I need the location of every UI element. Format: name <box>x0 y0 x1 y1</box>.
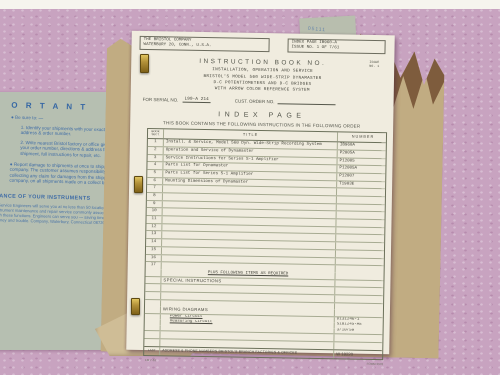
row-number: 15 <box>146 247 162 254</box>
row-number: 12 <box>146 224 162 231</box>
wiring-row-no <box>145 306 161 313</box>
index-page-sheet: THE BRISTOL COMPANY WATERBURY 20, CONN.,… <box>126 31 395 355</box>
last-row-number: W 18220 <box>334 350 382 359</box>
row-doc-number <box>337 212 385 220</box>
row-number: 9 <box>147 201 163 208</box>
row-doc-number <box>337 204 385 212</box>
row-number: 11 <box>146 216 162 223</box>
cust-order-blank <box>277 100 335 106</box>
brass-fastener-bottom <box>131 298 140 315</box>
row-doc-number: P2005A <box>338 150 386 158</box>
row-number: 4 <box>147 162 163 169</box>
row-doc-number: T1903E <box>337 181 385 189</box>
row-doc-number: P12005A <box>337 166 385 174</box>
last-row-title: ADDRESS & PHONE NUMBERS BRISTOL'S BRANCH… <box>160 347 334 358</box>
row-number: 7 <box>147 185 163 192</box>
row-number: 8 <box>147 193 163 200</box>
brass-fastener-top <box>140 54 149 73</box>
footer-print-code: 1M 7-61 <box>145 358 156 362</box>
row-number: 14 <box>146 239 162 246</box>
brass-fastener-middle <box>134 176 143 193</box>
row-doc-number <box>336 258 384 266</box>
issue-note: ISSUE NO. 1 <box>369 60 379 68</box>
company-address: WATERBURY 20, CONN., U.S.A. <box>143 43 265 50</box>
row-doc-number <box>336 227 384 235</box>
paper-tab-marking: 05111 <box>308 26 327 34</box>
row-number: 13 <box>146 231 162 238</box>
row-number: 10 <box>147 208 163 215</box>
serial-line: FOR SERIAL NO. L99-A 214 CUST. ORDER NO. <box>143 96 380 106</box>
issue-note-line2: NO. 1 <box>369 64 379 68</box>
numbered-rows: 1 Install. & Service, Model 560 Dyn. Wid… <box>146 139 386 273</box>
plus-row-no <box>146 269 162 276</box>
wiring-circuit-number: 3/10/59 <box>335 328 383 334</box>
row-number: 5 <box>147 170 163 177</box>
page-header: THE BRISTOL COMPANY WATERBURY 20, CONN.,… <box>139 36 385 55</box>
typed-description: INSTALLATION, OPERATION AND SERVICE BRIS… <box>131 66 394 95</box>
special-row-number <box>335 280 383 288</box>
index-table: BOOK SECT. TITLE NUMBER 1 Install. & Ser… <box>143 128 387 360</box>
photo-of-instruction-book: O R T A N T ● Be sure to: — 1. Identify … <box>0 0 500 375</box>
wiring-row-number <box>335 310 383 318</box>
card-maintenance-text: d Service Engineers will serve you at no… <box>0 202 119 225</box>
card-maintenance-heading: NANCE OF YOUR INSTRUMENTS <box>0 193 121 202</box>
row-doc-number <box>336 219 384 227</box>
col-header-section: BOOK SECT. <box>148 129 164 138</box>
col-header-number: NUMBER <box>338 133 386 143</box>
row-doc-number <box>337 189 385 197</box>
special-row-no <box>145 277 161 284</box>
serial-label: FOR SERIAL NO. <box>143 97 179 103</box>
row-doc-number <box>336 235 384 243</box>
photo-top-border <box>0 0 500 9</box>
plus-row-number <box>336 272 384 280</box>
row-number: 1 <box>148 139 164 146</box>
instruction-book-block: INSTRUCTION BOOK NO. ISSUE NO. 1 INSTALL… <box>131 57 395 95</box>
row-number: 3 <box>148 155 164 162</box>
row-doc-number <box>336 250 384 258</box>
col-header-section-line2: SECT. <box>151 133 159 137</box>
row-doc-number: P12007 <box>337 173 385 181</box>
row-number: 16 <box>146 255 162 262</box>
issue-line: ISSUE NO. 1 OF 7/61 <box>291 46 381 53</box>
row-doc-number <box>336 242 384 250</box>
row-number: 2 <box>148 147 164 154</box>
row-doc-number: IB960A <box>338 143 386 151</box>
company-header-box: THE BRISTOL COMPANY WATERBURY 20, CONN.,… <box>139 36 269 53</box>
serial-value: L99-A 214 <box>182 97 210 103</box>
last-row-no: LAST <box>144 347 160 355</box>
footer-form-number: FORM 3978 <box>367 361 383 365</box>
row-doc-number <box>337 196 385 204</box>
index-header-box: INDEX PAGE IB960-A ISSUE NO. 1 OF 7/61 <box>287 38 385 54</box>
row-number: 6 <box>147 178 163 185</box>
row-doc-number: P12005 <box>337 158 385 166</box>
cust-order-label: CUST. ORDER NO. <box>235 99 275 105</box>
